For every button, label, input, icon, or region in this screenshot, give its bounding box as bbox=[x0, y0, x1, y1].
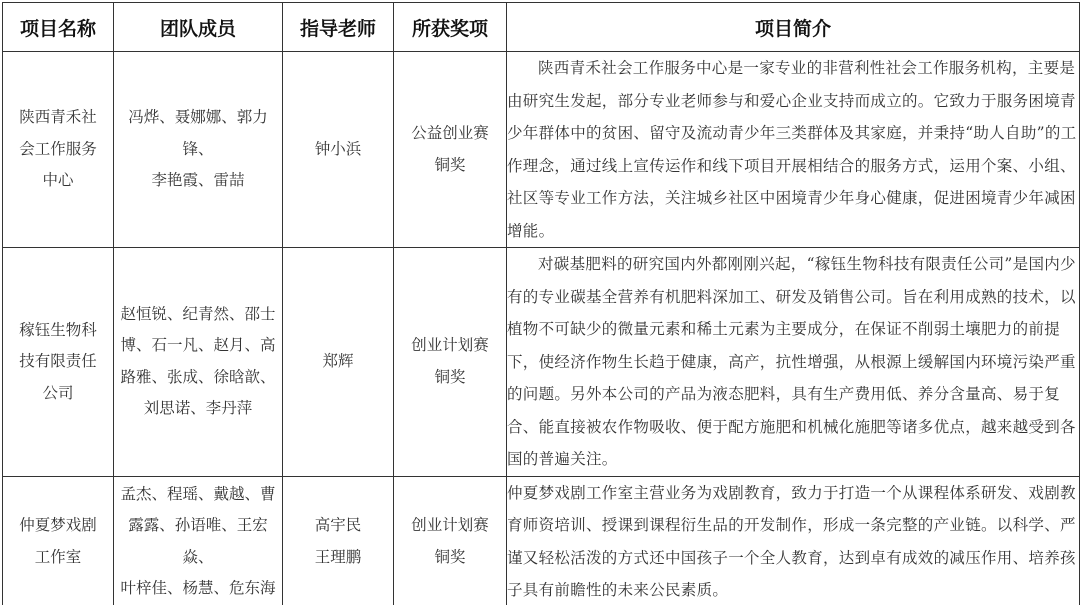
members-line: 博、石一凡、赵月、高 bbox=[114, 330, 282, 362]
project-name-cell: 仲夏梦戏剧 工作室 bbox=[3, 476, 114, 605]
description-cell: 陕西青禾社会工作服务中心是一家专业的非营利性社会工作服务机构，主要是由研究生发起… bbox=[507, 52, 1080, 248]
members-line: 露露、孙语唯、王宏焱、 bbox=[114, 510, 282, 573]
header-row: 项目名称 团队成员 指导老师 所获奖项 项目简介 bbox=[3, 3, 1080, 52]
members-line: 刘思诺、李丹萍 bbox=[114, 393, 282, 425]
project-name-cell: 陕西青禾社 会工作服务 中心 bbox=[3, 52, 114, 248]
header-award: 所获奖项 bbox=[394, 3, 507, 52]
description-text: 对碳基肥料的研究国内外都刚刚兴起，“稼钰生物科技有限责任公司”是国内少有的专业碳… bbox=[507, 248, 1079, 476]
project-name-cell: 稼钰生物科 技有限责任 公司 bbox=[3, 248, 114, 477]
advisor-name: 郑辉 bbox=[283, 346, 393, 378]
project-name-line: 技有限责任 bbox=[3, 346, 113, 378]
award-line: 公益创业赛 bbox=[394, 118, 506, 150]
award-line: 铜奖 bbox=[394, 150, 506, 182]
award-line: 铜奖 bbox=[394, 362, 506, 394]
advisor-cell: 高宇民 王理鹏 bbox=[283, 476, 394, 605]
awards-table: 项目名称 团队成员 指导老师 所获奖项 项目简介 陕西青禾社 会工作服务 中心 … bbox=[2, 2, 1080, 605]
header-team-members: 团队成员 bbox=[114, 3, 283, 52]
award-line: 创业计划赛 bbox=[394, 510, 506, 542]
header-description: 项目简介 bbox=[507, 3, 1080, 52]
project-name-line: 中心 bbox=[3, 165, 113, 197]
project-name-line: 工作室 bbox=[3, 542, 113, 574]
table-row: 稼钰生物科 技有限责任 公司 赵恒锐、纪青然、邵士 博、石一凡、赵月、高 路雅、… bbox=[3, 248, 1080, 477]
advisor-cell: 郑辉 bbox=[283, 248, 394, 477]
award-cell: 公益创业赛 铜奖 bbox=[394, 52, 507, 248]
advisor-name: 钟小浜 bbox=[283, 134, 393, 166]
project-name-line: 陕西青禾社 bbox=[3, 102, 113, 134]
members-line: 李艳霞、雷喆 bbox=[114, 165, 282, 197]
members-line: 孟杰、程瑶、戴越、曹 bbox=[114, 479, 282, 511]
award-line: 铜奖 bbox=[394, 542, 506, 574]
header-advisor: 指导老师 bbox=[283, 3, 394, 52]
team-members-cell: 赵恒锐、纪青然、邵士 博、石一凡、赵月、高 路雅、张成、徐晗歆、 刘思诺、李丹萍 bbox=[114, 248, 283, 477]
table-row: 仲夏梦戏剧 工作室 孟杰、程瑶、戴越、曹 露露、孙语唯、王宏焱、 叶梓佳、杨慧、… bbox=[3, 476, 1080, 605]
award-cell: 创业计划赛 铜奖 bbox=[394, 248, 507, 477]
project-name-line: 稼钰生物科 bbox=[3, 315, 113, 347]
description-cell: 仲夏梦戏剧工作室主营业务为戏剧教育，致力于打造一个从课程体系研发、戏剧教育师资培… bbox=[507, 476, 1080, 605]
advisor-name: 高宇民 bbox=[283, 510, 393, 542]
table-row: 陕西青禾社 会工作服务 中心 冯烨、聂娜娜、郭力锋、 李艳霞、雷喆 钟小浜 公益… bbox=[3, 52, 1080, 248]
project-name-line: 会工作服务 bbox=[3, 134, 113, 166]
members-line: 路雅、张成、徐晗歆、 bbox=[114, 362, 282, 394]
award-line: 创业计划赛 bbox=[394, 330, 506, 362]
team-members-cell: 冯烨、聂娜娜、郭力锋、 李艳霞、雷喆 bbox=[114, 52, 283, 248]
advisor-name: 王理鹏 bbox=[283, 542, 393, 574]
project-name-line: 仲夏梦戏剧 bbox=[3, 510, 113, 542]
award-cell: 创业计划赛 铜奖 bbox=[394, 476, 507, 605]
header-project-name: 项目名称 bbox=[3, 3, 114, 52]
description-text: 陕西青禾社会工作服务中心是一家专业的非营利性社会工作服务机构，主要是由研究生发起… bbox=[507, 52, 1079, 247]
project-name-line: 公司 bbox=[3, 378, 113, 410]
description-text: 仲夏梦戏剧工作室主营业务为戏剧教育，致力于打造一个从课程体系研发、戏剧教育师资培… bbox=[507, 484, 1076, 600]
members-line: 冯烨、聂娜娜、郭力锋、 bbox=[114, 102, 282, 165]
members-line: 赵恒锐、纪青然、邵士 bbox=[114, 299, 282, 331]
description-cell: 对碳基肥料的研究国内外都刚刚兴起，“稼钰生物科技有限责任公司”是国内少有的专业碳… bbox=[507, 248, 1080, 477]
advisor-cell: 钟小浜 bbox=[283, 52, 394, 248]
members-line: 叶梓佳、杨慧、危东海 bbox=[114, 573, 282, 605]
team-members-cell: 孟杰、程瑶、戴越、曹 露露、孙语唯、王宏焱、 叶梓佳、杨慧、危东海 bbox=[114, 476, 283, 605]
